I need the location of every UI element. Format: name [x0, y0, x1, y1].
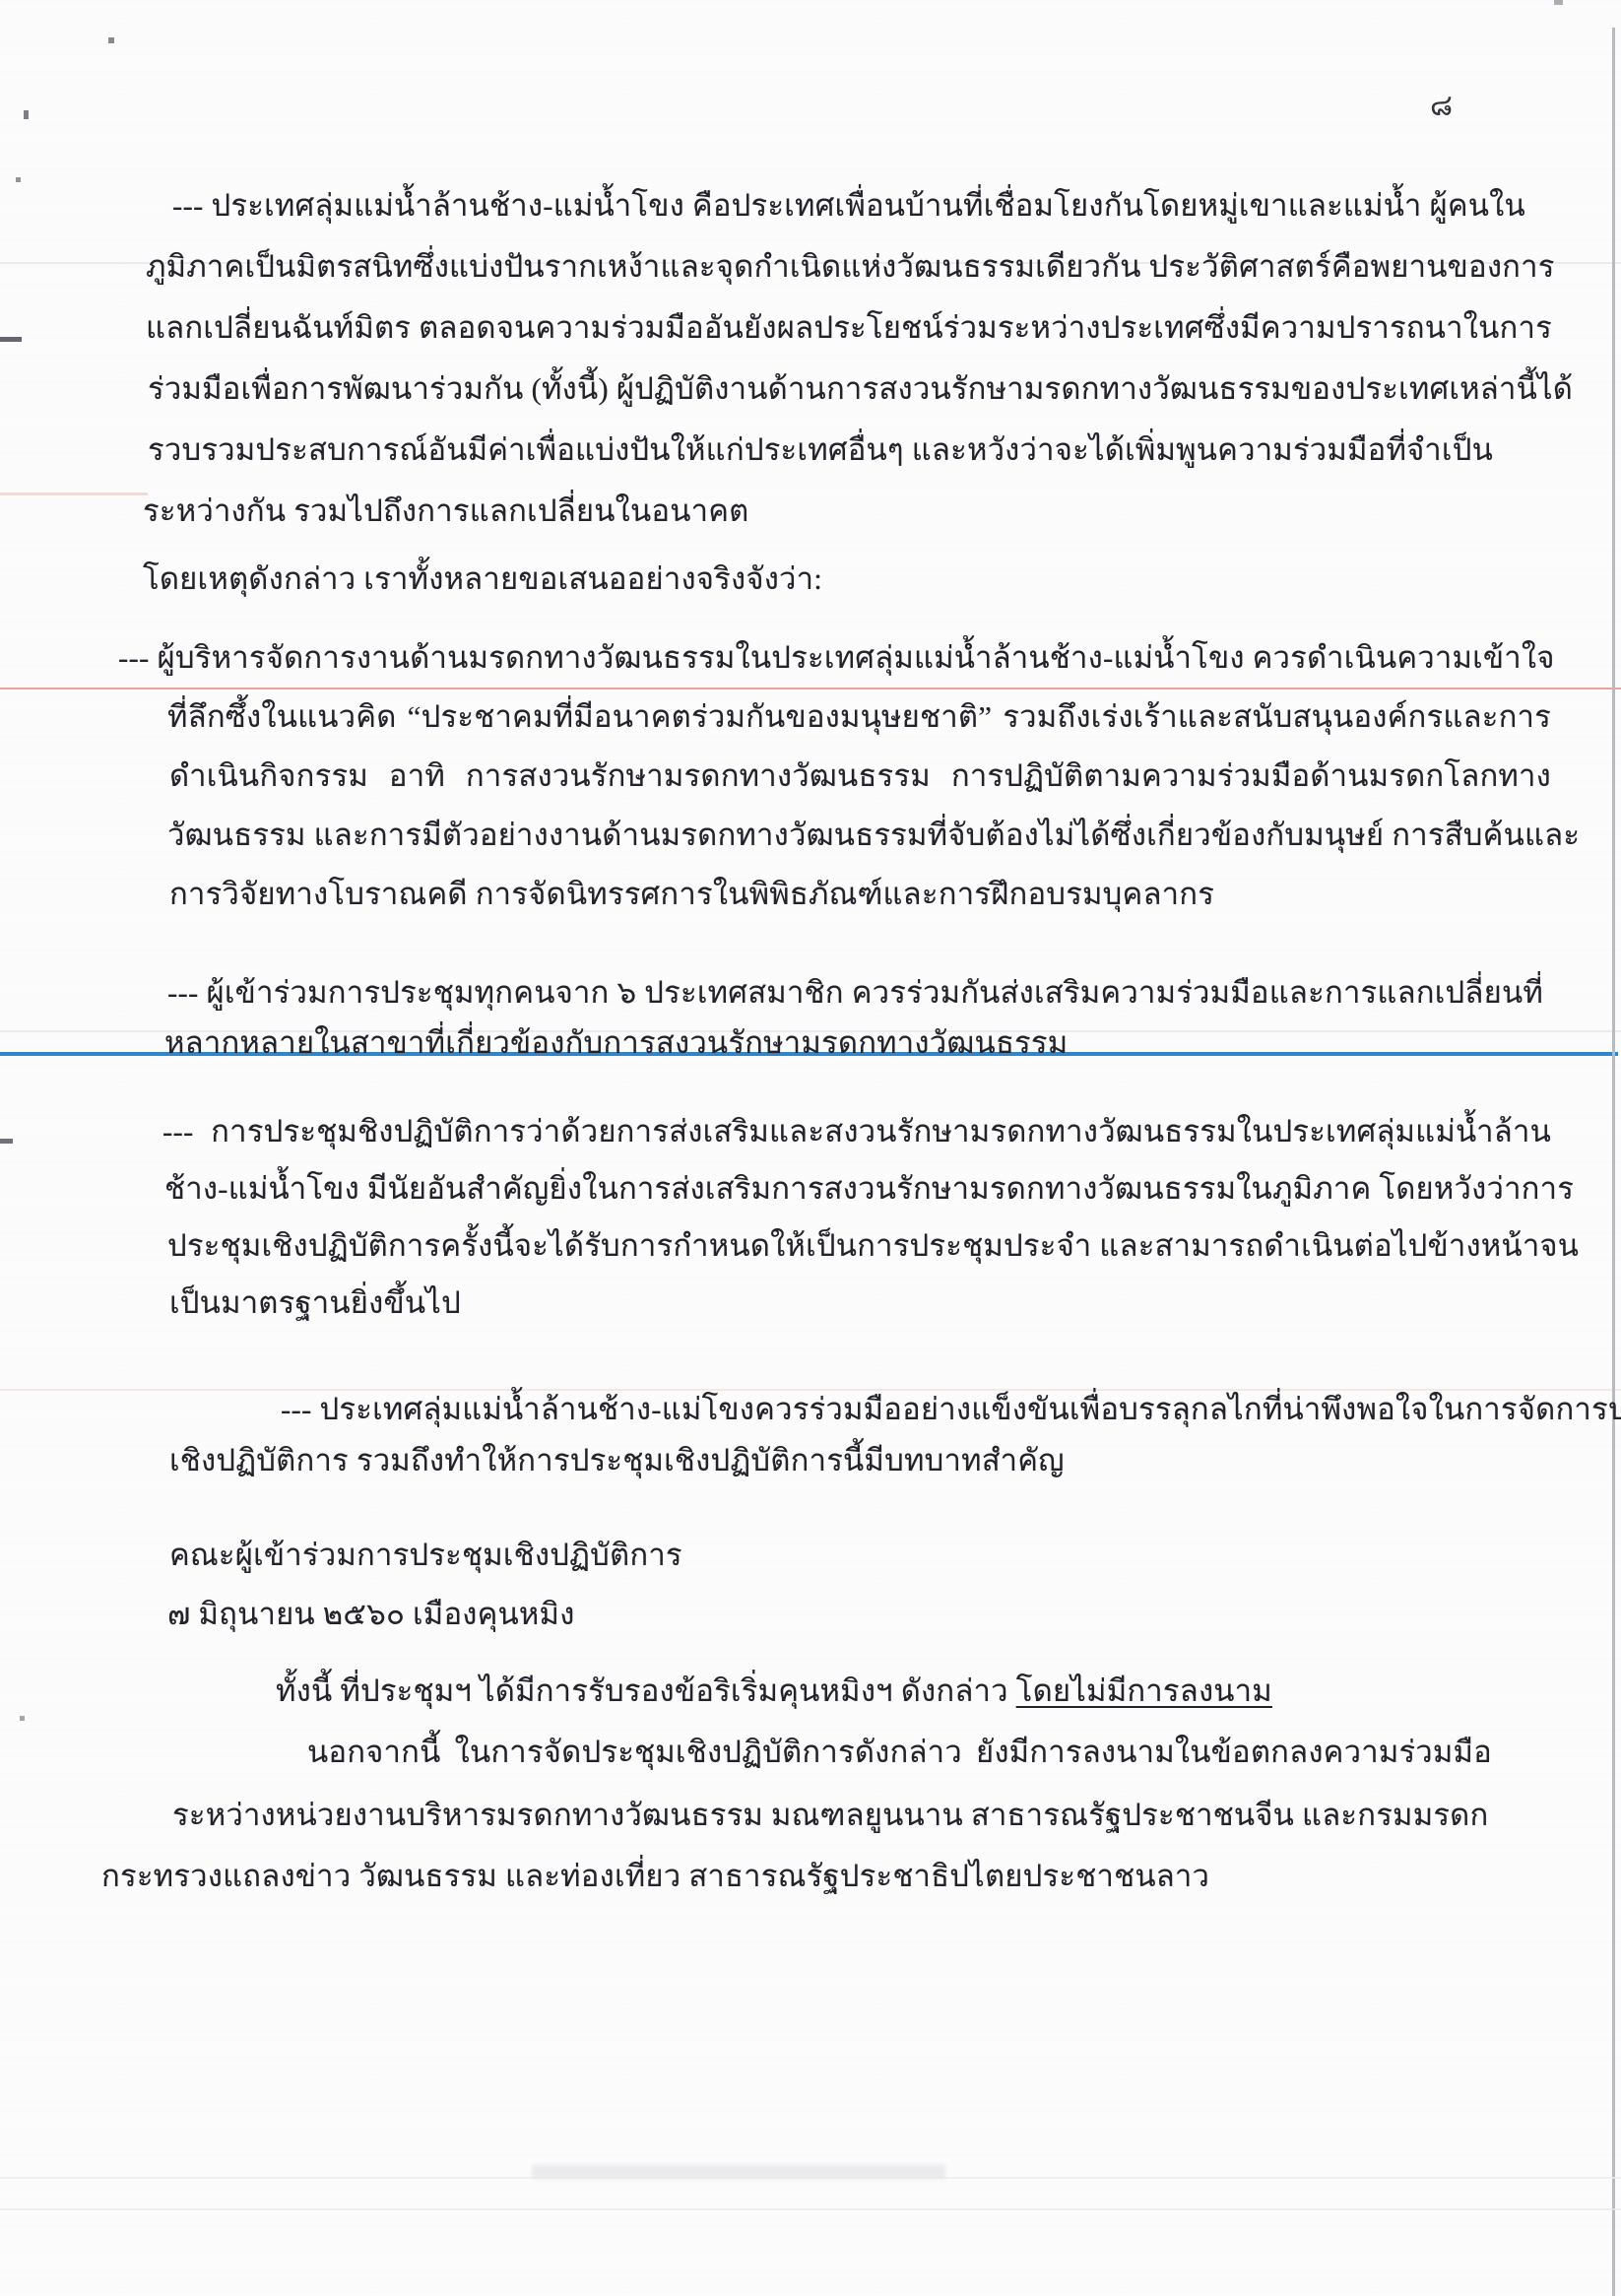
- remark-signing-line-2: ระหว่างหน่วยงานบริหารมรดกทางวัฒนธรรม มณฑ…: [172, 1793, 1482, 1838]
- paragraph-1-line-1: --- ประเทศลุ่มแม่น้ำล้านช้าง-แม่น้ำโขง ค…: [172, 183, 1492, 229]
- text-run: --- ประเทศลุ่มแม่น้ำล้านช้าง-แม่น้ำโขง ค…: [172, 188, 1525, 223]
- text-run: คณะผู้เข้าร่วมการประชุมเชิงปฏิบัติการ: [169, 1538, 682, 1572]
- paragraph-5-line-2: เชิงปฏิบัติการ รวมถึงทำให้การประชุมเชิงป…: [169, 1438, 1065, 1483]
- paragraph-2-line-2: ที่ลึกซึ้งในแนวคิด “ประชาคมที่มีอนาคตร่ว…: [167, 694, 1551, 740]
- speck-1: [108, 37, 114, 43]
- scanned-document-page: ๘ --- ประเทศลุ่มแม่น้ำล้านช้าง-แม่น้ำโขง…: [0, 0, 1621, 2296]
- text-run: หลากหลายในสาขาที่เกี่ยวข้องกับการสงวนรัก…: [164, 1025, 1068, 1060]
- paragraph-3-line-2: หลากหลายในสาขาที่เกี่ยวข้องกับการสงวนรัก…: [164, 1020, 1068, 1066]
- paragraph-2-line-4: วัฒนธรรม และการมีตัวอย่างงานด้านมรดกทางว…: [167, 813, 1551, 858]
- paragraph-4-line-1: --- การประชุมชิงปฏิบัติการว่าด้วยการส่งเ…: [162, 1109, 1551, 1154]
- paragraph-2-line-5: การวิจัยทางโบราณคดี การจัดนิทรรศการในพิพ…: [169, 872, 1214, 917]
- remark-signing-line-3: กระทรวงแถลงข่าว วัฒนธรรม และท่องเที่ยว ส…: [101, 1854, 1209, 1899]
- paragraph-4-line-3: ประชุมเชิงปฏิบัติการครั้งนี้จะได้รับการก…: [167, 1223, 1551, 1269]
- paragraph-1-line-3: แลกเปลี่ยนฉันท์มิตร ตลอดจนความร่วมมืออัน…: [146, 305, 1492, 351]
- text-run: ดำเนินกิจกรรม อาทิ การสงวนรักษามรดกทางวั…: [169, 758, 1551, 793]
- closing-line-1: คณะผู้เข้าร่วมการประชุมเชิงปฏิบัติการ: [169, 1533, 682, 1578]
- pink-streak-left: [0, 492, 148, 495]
- speck-3: [16, 177, 21, 182]
- right-edge-scan-line: [1612, 28, 1615, 2296]
- faint-streak-4: [0, 2177, 1621, 2179]
- speck-top-right: [1554, 0, 1563, 5]
- text-run: --- ผู้เข้าร่วมการประชุมทุกคนจาก ๖ ประเท…: [167, 975, 1543, 1010]
- edge-dash-1: [0, 337, 22, 342]
- paragraph-4-line-2: ช้าง-แม่น้ำโขง มีนัยอันสำคัญยิ่งในการส่ง…: [164, 1166, 1551, 1212]
- faint-streak-5: [0, 2208, 1621, 2210]
- paragraph-2-line-3: ดำเนินกิจกรรม อาทิ การสงวนรักษามรดกทางวั…: [169, 754, 1551, 799]
- speck-2: [24, 110, 29, 119]
- text-run: โดยเหตุดังกล่าว เราทั้งหลายขอเสนออย่างจร…: [143, 561, 822, 596]
- underlined-phrase: โดยไม่มีการลงนาม: [1016, 1673, 1272, 1708]
- paragraph-1-line-2: ภูมิภาคเป็นมิตรสนิทซึ่งแบ่งปันรากเหง้าแล…: [146, 244, 1492, 290]
- text-run: การวิจัยทางโบราณคดี การจัดนิทรรศการในพิพ…: [169, 877, 1214, 911]
- text-run: ช้าง-แม่น้ำโขง มีนัยอันสำคัญยิ่งในการส่ง…: [164, 1171, 1574, 1206]
- bleed-through-smudge: [532, 2165, 945, 2179]
- text-run: เป็นมาตรฐานยิ่งขึ้นไป: [169, 1285, 461, 1320]
- text-run: กระทรวงแถลงข่าว วัฒนธรรม และท่องเที่ยว ส…: [101, 1859, 1209, 1893]
- salmon-scan-line: [0, 688, 1621, 689]
- paragraph-3-line-1: --- ผู้เข้าร่วมการประชุมทุกคนจาก ๖ ประเท…: [167, 970, 1490, 1016]
- text-run: ระหว่างกัน รวมไปถึงการแลกเปลี่ยนในอนาคต: [143, 493, 748, 528]
- paragraph-2-line-1: --- ผู้บริหารจัดการงานด้านมรดกทางวัฒนธรร…: [118, 635, 1551, 681]
- closing-line-2: ๗ มิถุนายน ๒๕๖๐ เมืองคุนหมิง: [167, 1592, 575, 1637]
- paragraph-1-line-5: รวบรวมประสบการณ์อันมีค่าเพื่อแบ่งปันให้แ…: [148, 427, 1492, 473]
- page-number: ๘: [1430, 83, 1453, 129]
- proposal-intro-line-1: โดยเหตุดังกล่าว เราทั้งหลายขอเสนออย่างจร…: [143, 557, 822, 602]
- text-run: รวบรวมประสบการณ์อันมีค่าเพื่อแบ่งปันให้แ…: [148, 432, 1493, 467]
- text-run: เชิงปฏิบัติการ รวมถึงทำให้การประชุมเชิงป…: [169, 1443, 1065, 1477]
- remark-signing-line-1: นอกจากนี้ ในการจัดประชุมเชิงปฏิบัติการดั…: [307, 1730, 1492, 1775]
- text-run: ประชุมเชิงปฏิบัติการครั้งนี้จะได้รับการก…: [167, 1228, 1579, 1263]
- speck-4: [20, 1716, 25, 1721]
- paragraph-5-line-1: --- ประเทศลุ่มแม่น้ำล้านช้าง-แม่โขงควรร่…: [281, 1387, 1526, 1432]
- text-run: --- ประเทศลุ่มแม่น้ำล้านช้าง-แม่โขงควรร่…: [281, 1392, 1621, 1426]
- remark-adoption-line-1: ทั้งนี้ ที่ประชุมฯ ได้มีการรับรองข้อริเร…: [276, 1669, 1272, 1714]
- text-run: ร่วมมือเพื่อการพัฒนาร่วมกัน (ทั้งนี้) ผู…: [148, 371, 1573, 406]
- text-run: ๗ มิถุนายน ๒๕๖๐ เมืองคุนหมิง: [167, 1597, 575, 1631]
- text-run: วัฒนธรรม และการมีตัวอย่างงานด้านมรดกทางว…: [167, 818, 1580, 852]
- paragraph-1-line-4: ร่วมมือเพื่อการพัฒนาร่วมกัน (ทั้งนี้) ผู…: [148, 366, 1492, 412]
- text-run: --- ผู้บริหารจัดการงานด้านมรดกทางวัฒนธรร…: [118, 640, 1555, 675]
- paragraph-4-line-4: เป็นมาตรฐานยิ่งขึ้นไป: [169, 1280, 461, 1326]
- paragraph-1-line-6: ระหว่างกัน รวมไปถึงการแลกเปลี่ยนในอนาคต: [143, 489, 748, 534]
- text-run: ที่ลึกซึ้งในแนวคิด “ประชาคมที่มีอนาคตร่ว…: [167, 699, 1551, 734]
- edge-dash-2: [0, 1139, 13, 1144]
- text-run: ระหว่างหน่วยงานบริหารมรดกทางวัฒนธรรม มณฑ…: [172, 1798, 1488, 1832]
- text-run: ทั้งนี้ ที่ประชุมฯ ได้มีการรับรองข้อริเร…: [276, 1673, 1016, 1708]
- text-run: แลกเปลี่ยนฉันท์มิตร ตลอดจนความร่วมมืออัน…: [146, 310, 1552, 345]
- text-run: --- การประชุมชิงปฏิบัติการว่าด้วยการส่งเ…: [162, 1114, 1551, 1148]
- text-run: นอกจากนี้ ในการจัดประชุมเชิงปฏิบัติการดั…: [307, 1735, 1492, 1769]
- text-run: ภูมิภาคเป็นมิตรสนิทซึ่งแบ่งปันรากเหง้าแล…: [146, 249, 1555, 284]
